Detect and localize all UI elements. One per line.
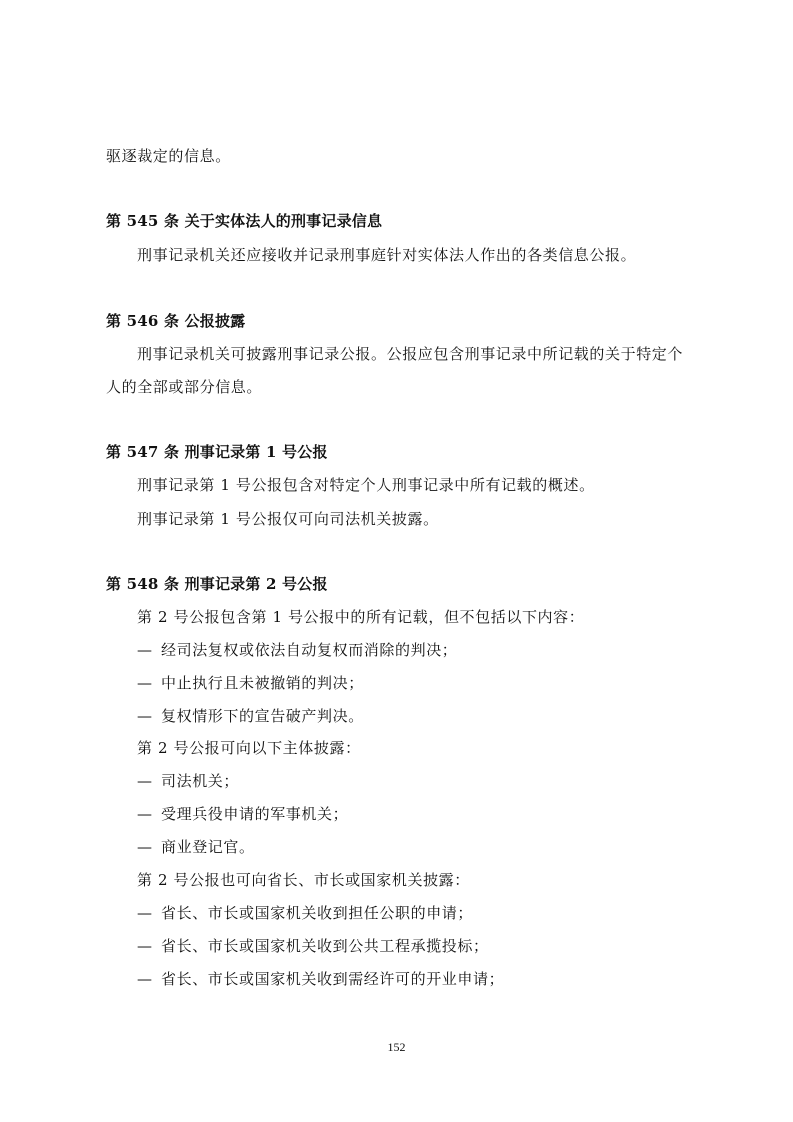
dash-bullet: —: [137, 640, 161, 660]
dash-bullet: —: [137, 706, 161, 726]
article-546-paragraph: 刑事记录机关可披露刑事记录公报。公报应包含刑事记录中所记载的关于特定个: [137, 344, 683, 364]
dash-bullet: —: [137, 969, 161, 989]
article-545-paragraph: 刑事记录机关还应接收并记录刑事庭针对实体法人作出的各类信息公报。: [137, 245, 636, 265]
dash-bullet: —: [137, 673, 161, 693]
article-548-intro-1: 第 2 号公报包含第 1 号公报中的所有记载，但不包括以下内容：: [137, 607, 584, 627]
list-item: —中止执行且未被撤销的判决；: [137, 673, 364, 693]
article-547-paragraph-1: 刑事记录第 1 号公报包含对特定个人刑事记录中所有记载的概述。: [137, 475, 595, 495]
list-item: —省长、市长或国家机关收到担任公职的申请；: [137, 903, 473, 923]
article-548-intro-3: 第 2 号公报也可向省长、市长或国家机关披露：: [137, 870, 470, 890]
continuation-text: 驱逐裁定的信息。: [106, 146, 231, 166]
article-548-intro-2: 第 2 号公报可向以下主体披露：: [137, 738, 361, 758]
dash-bullet: —: [137, 837, 161, 857]
list-item: —司法机关；: [137, 771, 239, 791]
dash-bullet: —: [137, 936, 161, 956]
article-545-heading: 第 545 条 关于实体法人的刑事记录信息: [106, 211, 382, 231]
list-item: —复权情形下的宣告破产判决。: [137, 706, 364, 726]
page-number: 152: [0, 1040, 793, 1055]
dash-bullet: —: [137, 903, 161, 923]
article-547-paragraph-2: 刑事记录第 1 号公报仅可向司法机关披露。: [137, 509, 439, 529]
list-item: —受理兵役申请的军事机关；: [137, 804, 348, 824]
article-546-paragraph-cont: 人的全部或部分信息。: [106, 377, 262, 397]
article-548-heading: 第 548 条 刑事记录第 2 号公报: [106, 574, 328, 594]
list-item: —省长、市长或国家机关收到需经许可的开业申请；: [137, 969, 504, 989]
article-547-heading: 第 547 条 刑事记录第 1 号公报: [106, 442, 328, 462]
list-item: —省长、市长或国家机关收到公共工程承揽投标；: [137, 936, 489, 956]
list-item: —商业登记官。: [137, 837, 255, 857]
article-546-heading: 第 546 条 公报披露: [106, 311, 245, 331]
document-page: 驱逐裁定的信息。 第 545 条 关于实体法人的刑事记录信息 刑事记录机关还应接…: [0, 0, 793, 1122]
dash-bullet: —: [137, 804, 161, 824]
dash-bullet: —: [137, 771, 161, 791]
list-item: —经司法复权或依法自动复权而消除的判决；: [137, 640, 457, 660]
